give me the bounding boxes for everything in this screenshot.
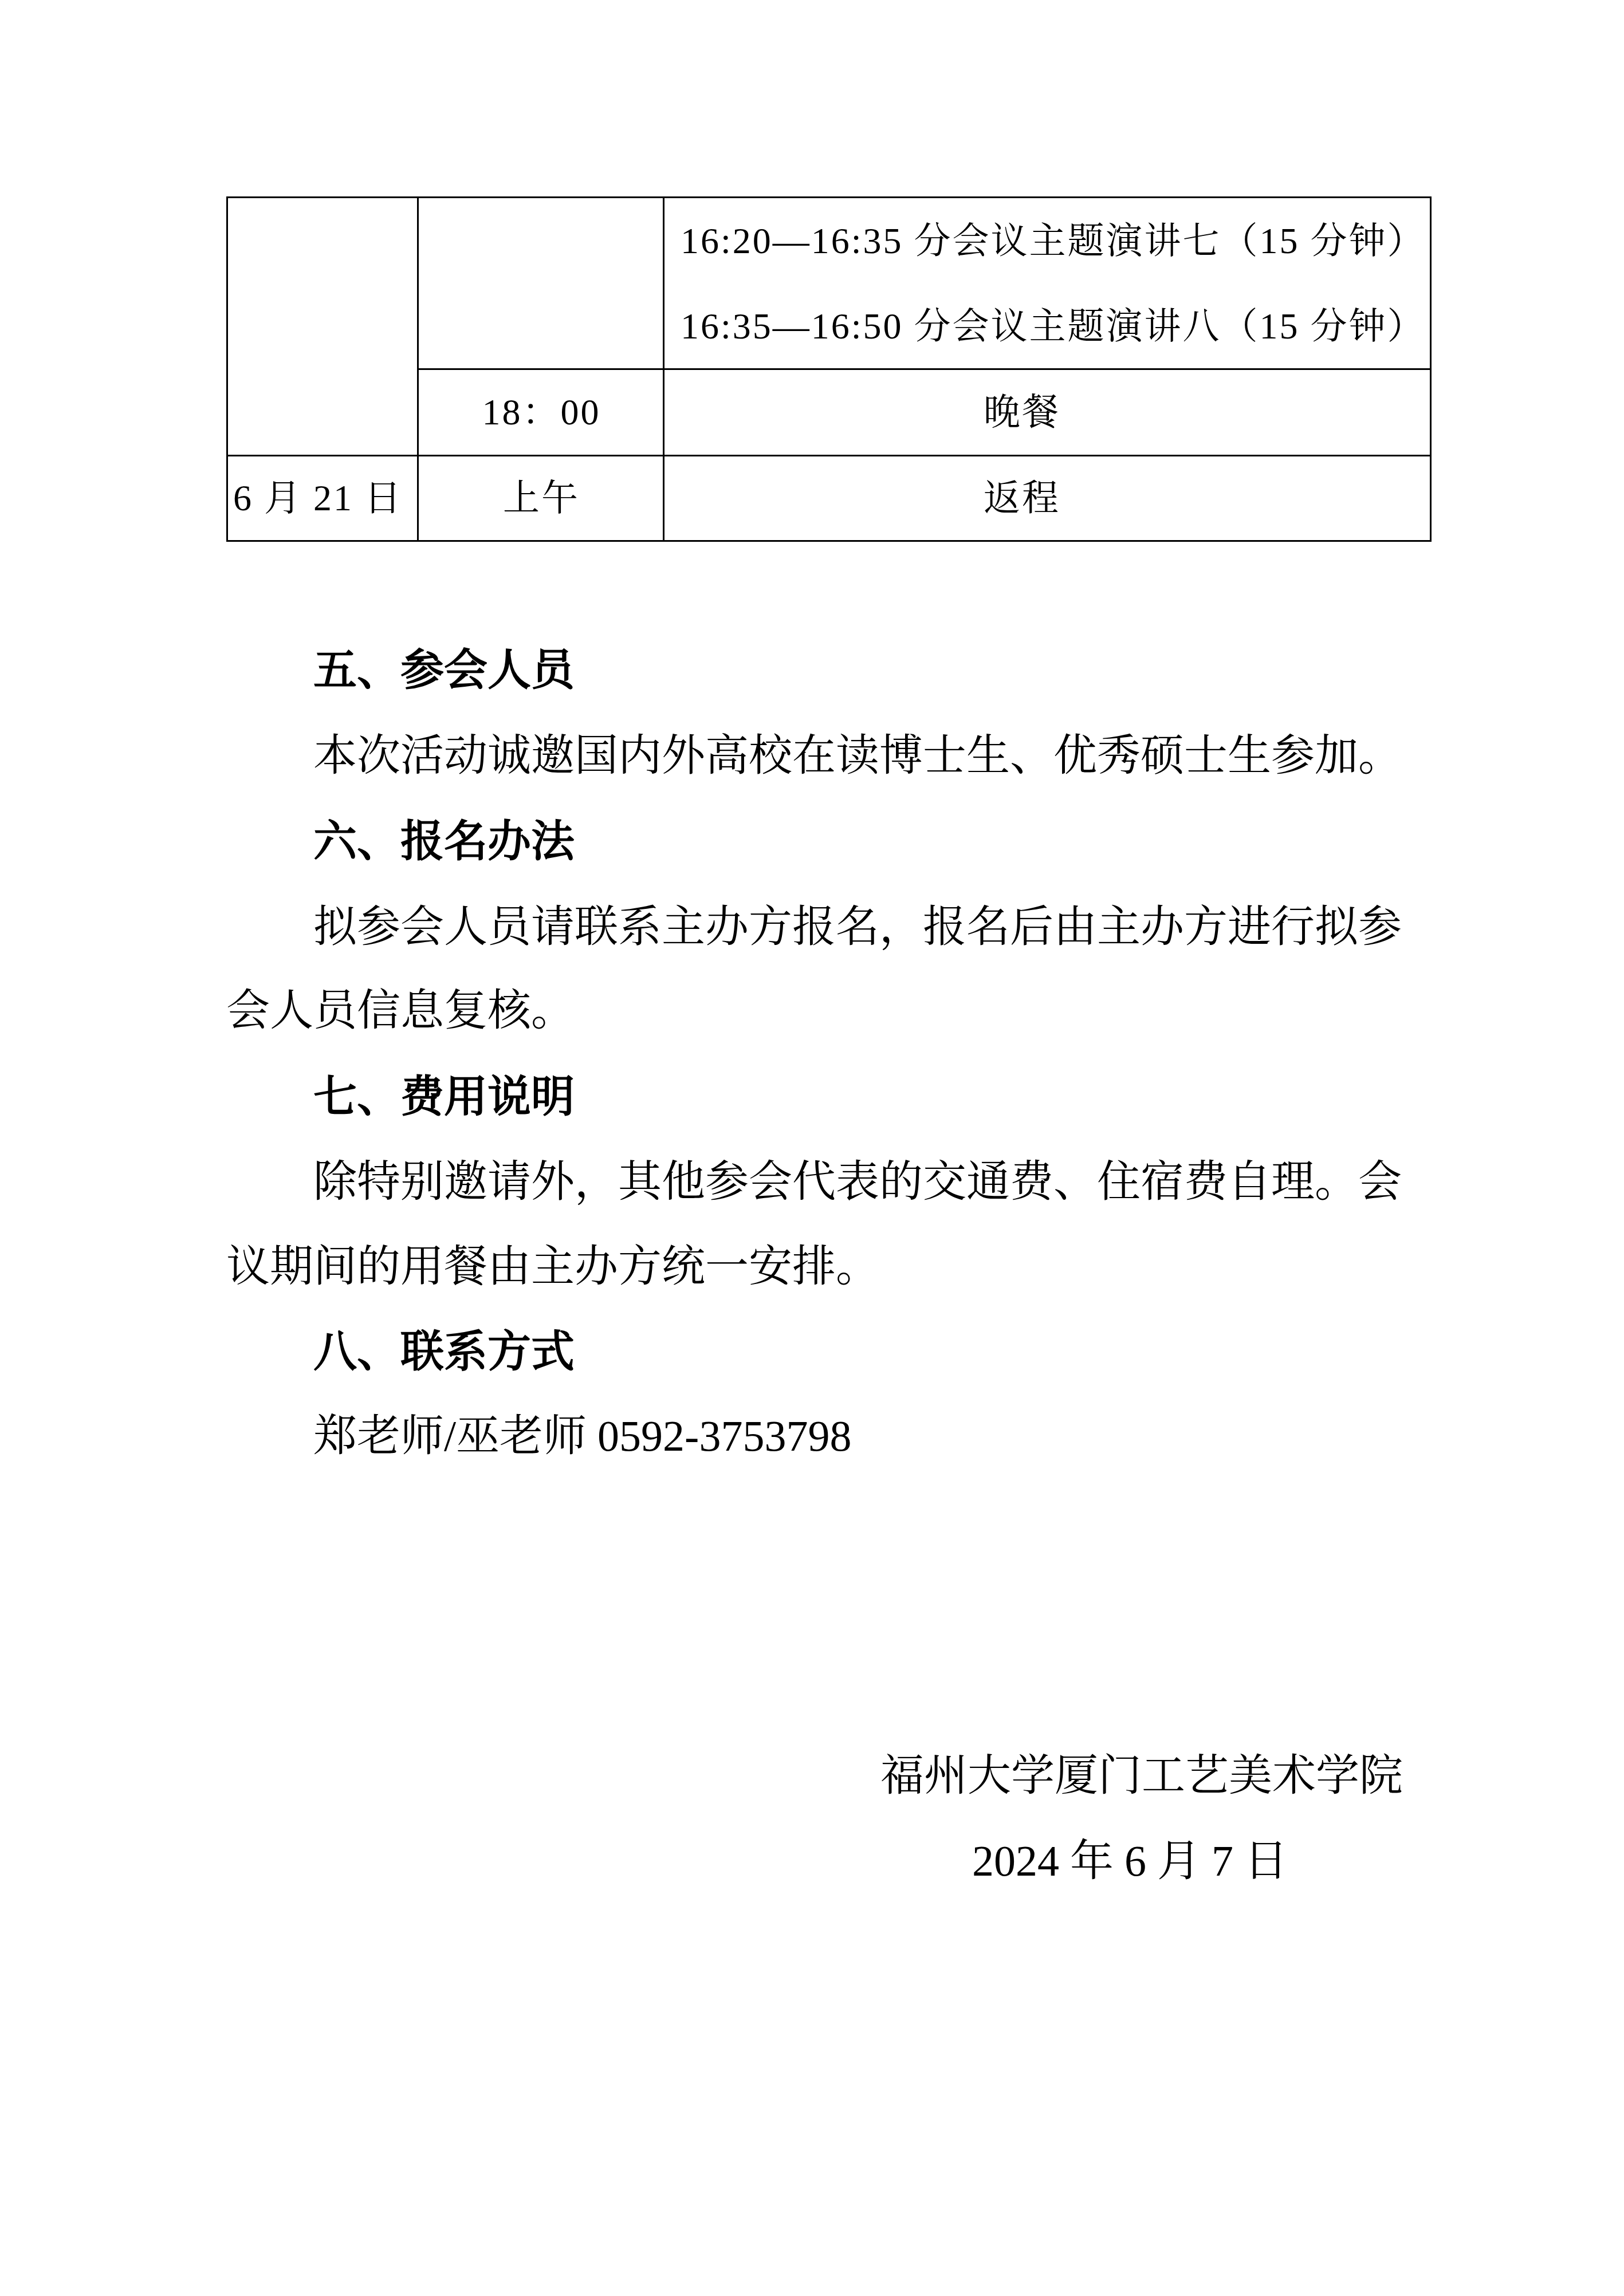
paragraph-line: 除特别邀请外，其他参会代表的交通费、住宿费自理。会	[313, 1160, 1402, 1204]
table-cell-activity: 返程	[984, 480, 1060, 517]
section-heading: 七、费用说明	[313, 1075, 575, 1119]
section-heading: 六、报名办法	[313, 820, 575, 863]
signature-organization: 福州大学厦门工艺美术学院	[880, 1754, 1403, 1798]
paragraph-line: 议期间的用餐由主办方统一安排。	[226, 1245, 879, 1289]
table-cell-activity: 晚餐	[984, 394, 1060, 431]
document-page: 16:20—16:35 分会议主题演讲七（15 分钟） 16:35—16:50 …	[0, 0, 1624, 2296]
section-heading: 八、联系方式	[313, 1330, 575, 1373]
contact-line: 郑老师/巫老师 0592-3753798	[313, 1415, 851, 1458]
table-cell-time: 18：00	[482, 394, 601, 431]
paragraph-line: 拟参会人员请联系主办方报名，报名后由主办方进行拟参	[313, 905, 1402, 949]
table-cell-date: 6 月 21 日	[233, 480, 403, 517]
schedule-table: 16:20—16:35 分会议主题演讲七（15 分钟） 16:35—16:50 …	[226, 196, 1432, 541]
paragraph-line: 会人员信息复核。	[226, 989, 575, 1033]
table-row-divider	[417, 368, 1432, 370]
table-border-bottom	[226, 540, 1432, 542]
table-col-divider	[417, 196, 419, 542]
paragraph-line: 本次活动诚邀国内外高校在读博士生、优秀硕士生参加。	[313, 734, 1402, 778]
table-border-left	[226, 196, 228, 542]
table-cell-activity: 16:35—16:50 分会议主题演讲八（15 分钟）	[681, 308, 1426, 345]
signature-date: 2024 年 6 月 7 日	[972, 1840, 1288, 1883]
table-cell-time: 上午	[503, 480, 580, 517]
section-heading: 五、参会人员	[313, 648, 575, 692]
table-cell-activity: 16:20—16:35 分会议主题演讲七（15 分钟）	[681, 223, 1426, 259]
table-border-right	[1430, 196, 1432, 542]
table-border-top	[226, 196, 1432, 198]
table-col-divider	[663, 196, 664, 542]
table-row-divider	[226, 455, 1432, 456]
